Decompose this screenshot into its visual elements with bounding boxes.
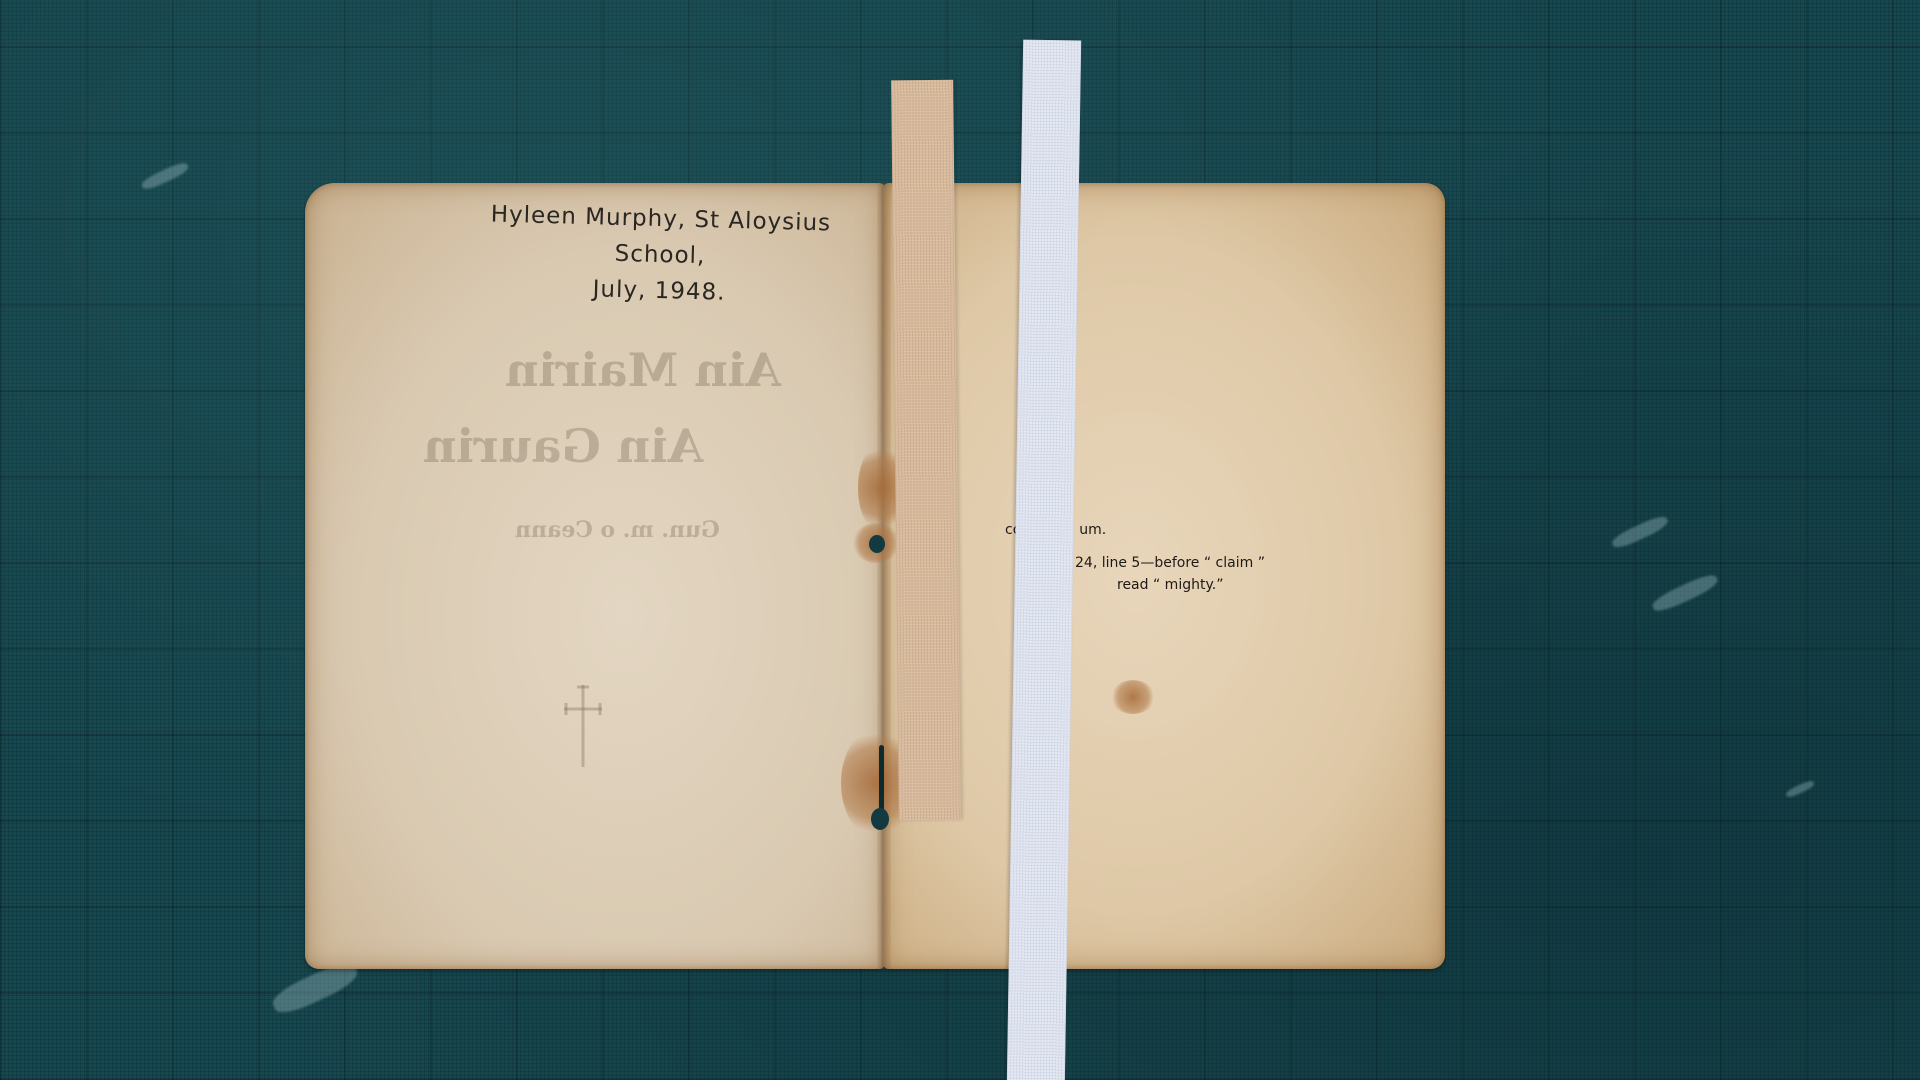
handwritten-inscription: Hyleen Murphy, St Aloysius School, July,… <box>444 195 877 314</box>
binding-thread <box>879 745 884 815</box>
left-page: Hyleen Murphy, St Aloysius School, July,… <box>305 183 885 969</box>
mat-scuff <box>140 160 190 192</box>
mat-scuff <box>1785 779 1816 799</box>
printed-text-3: read “ mighty.” <box>1117 577 1223 593</box>
show-through-text-2: Ain Gaurin <box>423 419 703 473</box>
tan-fabric-tape <box>891 80 961 821</box>
printed-text-2: 24, line 5—before “ claim ” <box>1075 555 1265 571</box>
show-through-text-1: Ain Mairin <box>505 343 781 397</box>
stain <box>1111 680 1155 714</box>
spine-gutter <box>877 183 891 969</box>
inscription-line-1: Hyleen Murphy, St Aloysius School, <box>445 195 877 278</box>
mat-scuff <box>1610 513 1670 551</box>
right-page <box>883 183 1445 969</box>
mat-scuff <box>1650 571 1720 615</box>
show-through-text-3: Gun. m. o Ceann <box>515 517 720 543</box>
cross-icon <box>560 681 606 771</box>
stitch-hole <box>869 535 885 553</box>
stitch-hole <box>871 808 889 830</box>
open-booklet: Hyleen Murphy, St Aloysius School, July,… <box>305 183 1445 969</box>
